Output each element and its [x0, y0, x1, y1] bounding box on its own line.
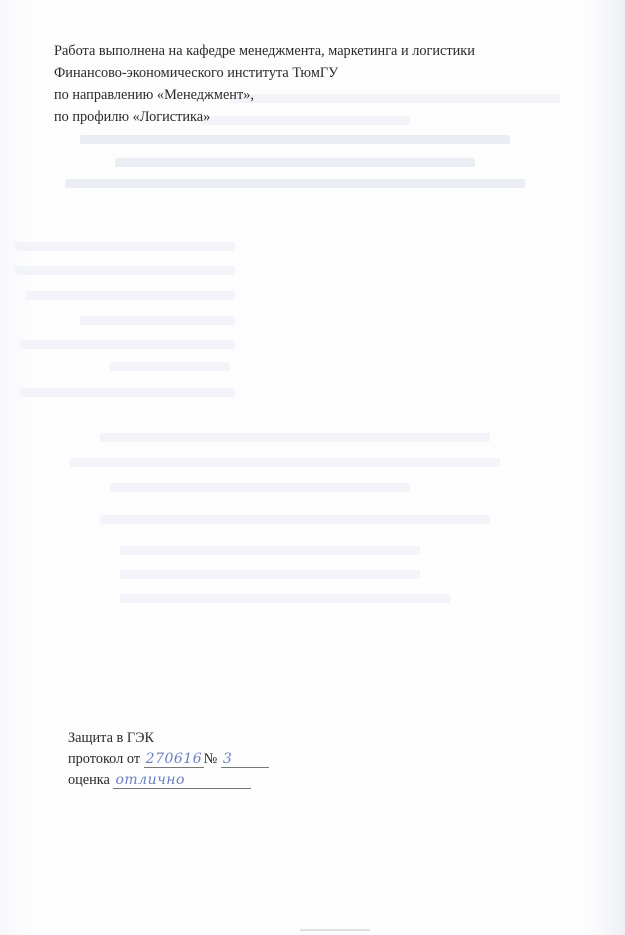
direction-line: по направлению «Менеджмент», [54, 84, 475, 106]
protocol-date-handwritten: 270616 [144, 752, 204, 768]
protocol-label: протокол от [68, 751, 140, 767]
scanned-page: Работа выполнена на кафедре менеджмента,… [0, 0, 625, 935]
protocol-number-handwritten: 3 [221, 752, 269, 768]
grade-label: оценка [68, 772, 110, 788]
institute-line: Финансово-экономического института ТюмГУ [54, 62, 475, 84]
number-label: № [204, 751, 218, 767]
grade-handwritten: отлично [113, 773, 251, 789]
defense-block: Защита в ГЭК протокол от 270616№ 3 оценк… [68, 728, 269, 791]
defense-title: Защита в ГЭК [68, 728, 269, 749]
grade-line: оценка отлично [68, 770, 269, 791]
profile-line: по профилю «Логистика» [54, 106, 475, 128]
protocol-line: протокол от 270616№ 3 [68, 749, 269, 770]
scan-artifact [300, 929, 370, 931]
work-info-block: Работа выполнена на кафедре менеджмента,… [54, 40, 475, 128]
department-line: Работа выполнена на кафедре менеджмента,… [54, 40, 475, 62]
